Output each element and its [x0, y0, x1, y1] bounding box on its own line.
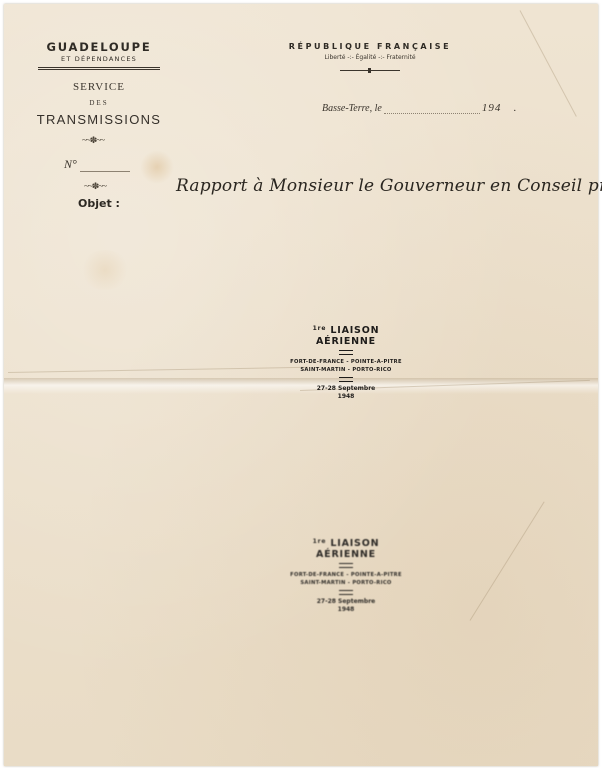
subject-label: Objet : — [78, 197, 120, 210]
stamp-year: 1948 — [284, 393, 408, 401]
stamp-route-line: SAINT-MARTIN - PORTO-RICO — [284, 579, 408, 587]
stamp-ordinal: 1re — [313, 538, 327, 545]
double-rule-divider — [38, 67, 160, 70]
number-blank-line — [80, 161, 130, 172]
stamp-title: 1re LIAISON AÉRIENNE — [284, 538, 408, 560]
stamp-route-line: SAINT-MARTIN - PORTO-RICO — [284, 366, 408, 374]
paper-stain — [80, 250, 130, 290]
paper-stain — [140, 150, 174, 184]
number-field: N° — [64, 157, 130, 172]
stamp-title-text: LIAISON AÉRIENNE — [316, 325, 379, 347]
date-blank-line — [384, 104, 480, 114]
stamp-dates: 27-28 Septembre — [284, 385, 408, 393]
stamp-route-line: FORT-DE-FRANCE - POINTE-A-PITRE — [284, 358, 408, 366]
date-line: Basse-Terre, le 194 . — [322, 102, 516, 114]
date-year-prefix: 194 — [482, 102, 502, 114]
ornamental-rule-icon — [340, 67, 400, 74]
service-name: TRANSMISSIONS — [36, 112, 162, 127]
stamp-title-text: LIAISON AÉRIENNE — [316, 538, 379, 560]
airmail-cachet-stamp: 1re LIAISON AÉRIENNE FORT-DE-FRANCE - PO… — [284, 538, 408, 614]
stamp-bar-icon — [339, 350, 353, 355]
document-title: Rapport à Monsieur le Gouverneur en Cons… — [176, 176, 576, 196]
letterhead-right: RÉPUBLIQUE FRANÇAISE Liberté -:- Égalité… — [250, 42, 490, 74]
republic-heading: RÉPUBLIQUE FRANÇAISE — [250, 42, 490, 51]
letterhead-left: GUADELOUPE ET DÉPENDANCES SERVICE DES TR… — [36, 40, 162, 127]
flourish-ornament-icon: ~~✽~~ — [82, 135, 104, 146]
stamp-dates: 27-28 Septembre — [284, 598, 408, 606]
airmail-cachet-stamp: 1re LIAISON AÉRIENNE FORT-DE-FRANCE - PO… — [284, 325, 408, 401]
flourish-ornament-icon: ~~✽~~ — [84, 181, 106, 192]
stamp-bar-icon — [339, 590, 353, 595]
date-terminator: . — [513, 102, 516, 114]
service-label: SERVICE — [36, 81, 162, 93]
stamp-route-line: FORT-DE-FRANCE - POINTE-A-PITRE — [284, 571, 408, 579]
stamp-ordinal: 1re — [313, 325, 327, 332]
stamp-year: 1948 — [284, 606, 408, 614]
stamp-title: 1re LIAISON AÉRIENNE — [284, 325, 408, 347]
stamp-bar-icon — [339, 563, 353, 568]
republic-motto: Liberté -:- Égalité -:- Fraternité — [250, 54, 490, 61]
territory-subtitle: ET DÉPENDANCES — [36, 55, 162, 63]
service-label-des: DES — [36, 99, 162, 107]
territory-name: GUADELOUPE — [36, 40, 162, 54]
stamp-bar-icon — [339, 377, 353, 382]
number-label: N° — [64, 157, 77, 172]
date-place: Basse-Terre, le — [322, 103, 382, 114]
